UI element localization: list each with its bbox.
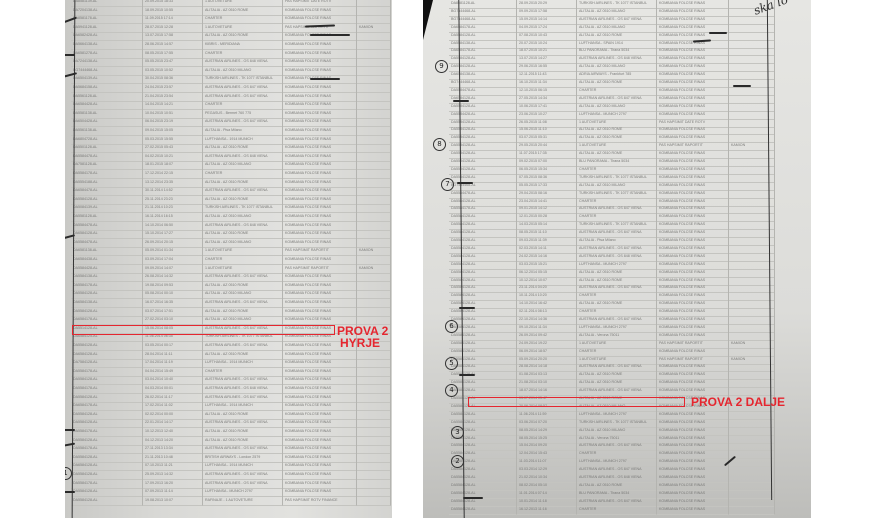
pen-mark (459, 374, 475, 376)
highlight-box-exit (468, 397, 685, 407)
table-cell: RAFINAJE - 1 AUTOVETURE (203, 495, 283, 506)
table-cell (729, 504, 775, 515)
margin-number-circle: 2 (451, 455, 464, 468)
table-row: DA5584128-AL19.08.2013 10:07RAFINAJE - 1… (65, 495, 392, 506)
pen-mark (310, 34, 350, 36)
table-cell: 16.12.2013 11:16 (517, 504, 577, 515)
pen-mark (463, 497, 483, 499)
margin-number-circle: 3 (451, 426, 464, 439)
pen-mark (733, 85, 751, 87)
table-cell: CHARTER (577, 504, 657, 515)
annotation-label-exit: PROVA 2 DALJE (691, 396, 785, 408)
margin-number-circle: 7 (441, 178, 454, 191)
document-photo-left: DA8581139-AL20.09.2015 18:331 AUTOVETURE… (65, 0, 392, 518)
pen-mark (65, 491, 75, 493)
table-cell: DA5584128-AL (449, 504, 517, 515)
margin-number-circle: 8 (433, 138, 446, 151)
document-photo-right: DA8581128-AL28.09.2015 20:29TURKISH AIRL… (423, 0, 811, 518)
pen-mark (65, 429, 75, 431)
table-row: DA5584128-AL16.12.2013 11:16CHARTERKOMBA… (423, 504, 811, 515)
pen-mark (310, 78, 340, 80)
highlight-box-entry (72, 325, 335, 335)
margin-number-circle: 5 (445, 357, 458, 370)
margin-number-circle: 9 (435, 60, 448, 73)
margin-number-circle: 6 (445, 320, 458, 333)
pen-mark (65, 54, 75, 56)
pen-mark (457, 182, 473, 184)
table-cell: KOMBANIA FOLCSE RINAS (657, 504, 729, 515)
pen-mark (709, 32, 727, 34)
annotation-label-entry-line2: HYRJE (340, 337, 380, 349)
table-cell: 19.08.2013 10:07 (143, 495, 203, 506)
pen-mark (453, 100, 469, 102)
table-cell: DA5584128-AL (71, 495, 143, 506)
pen-mark (459, 307, 475, 309)
table-cell (357, 495, 391, 506)
table-cell: PAS HAPSIMIT ROTV FINANCE (283, 495, 357, 506)
margin-number-circle: 4 (445, 384, 458, 397)
